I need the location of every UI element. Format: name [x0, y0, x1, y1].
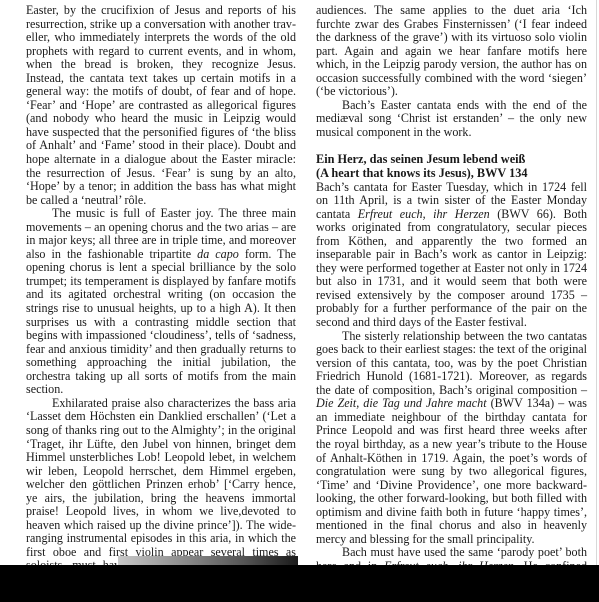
italic-title: Die Zeit, die Tag und Jahre macht [316, 396, 487, 410]
paragraph: The sisterly relationship between the tw… [316, 330, 587, 547]
paragraph: Bach’s Easter cantata ends with the end … [316, 99, 587, 140]
scan-fade-artifact [118, 556, 298, 565]
italic-title: Erfreut euch, ihr Herzen [358, 207, 490, 221]
text-run: Bach’s Easter cantata ends with the end … [316, 98, 587, 139]
section-heading-line1: Ein Herz, das seinen Jesum lebend weiß [316, 152, 525, 166]
left-column: Easter, by the crucifixion of Jesus and … [26, 4, 296, 600]
section-heading: Ein Herz, das seinen Jesum lebend weiß (… [316, 153, 587, 180]
text-run: Easter, by the crucifixion of Jesus and … [26, 3, 296, 207]
section-body: Bach’s cantata for Easter Tuesday, which… [316, 181, 587, 587]
paragraph: The music is full of Easter joy. The thr… [26, 207, 296, 397]
text-run: audiences. The same applies to the duet … [316, 3, 587, 98]
document-page: Easter, by the crucifixion of Jesus and … [0, 0, 599, 602]
text-run: form. The opening chorus is lent a speci… [26, 247, 296, 396]
text-run: (BWV 134a) – was an immediate neighbour … [316, 396, 587, 545]
bottom-black-bar [0, 565, 599, 602]
paragraph: Easter, by the crucifixion of Jesus and … [26, 4, 296, 207]
section-heading-line2: (A heart that knows its Jesus), BWV 134 [316, 166, 528, 180]
paragraph: Bach’s cantata for Easter Tuesday, which… [316, 181, 587, 330]
text-run: (BWV 66). Both works originated from con… [316, 207, 587, 329]
text-run: The sisterly relationship between the tw… [316, 329, 587, 397]
right-column: audiences. The same applies to the duet … [316, 4, 587, 587]
page-edge-rule [596, 0, 597, 565]
italic-title: da capo [197, 247, 239, 261]
paragraph: audiences. The same applies to the duet … [316, 4, 587, 99]
section-spacer [316, 139, 587, 153]
right-column-intro: audiences. The same applies to the duet … [316, 4, 587, 139]
